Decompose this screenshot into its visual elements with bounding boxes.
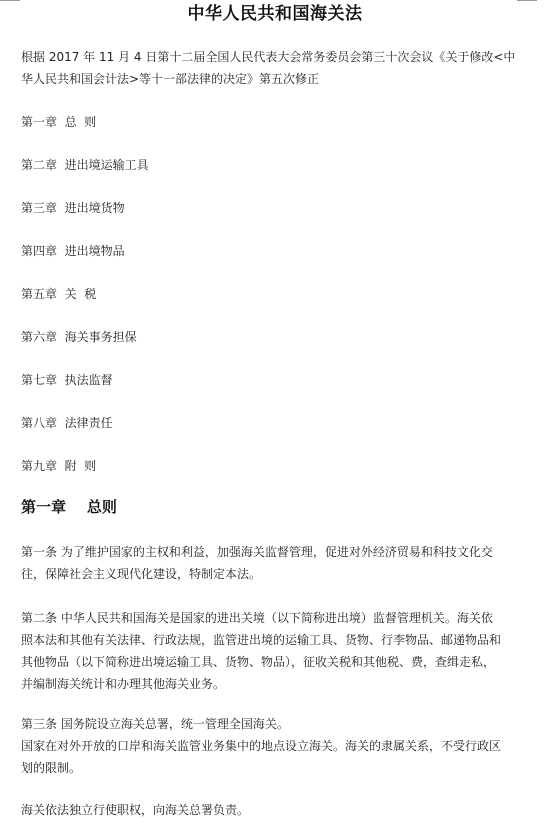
article-2-line-2: 照本法和其他有关法律、行政法规，监管进出境的运输工具、货物、行李物品、邮递物品和 xyxy=(21,629,501,651)
article-2-line-1: 第二条 中华人民共和国海关是国家的进出关境（以下简称进出境）监督管理机关。海关依 xyxy=(21,607,493,629)
article-3-para2-line-1: 海关依法独立行使职权，向海关总署负责。 xyxy=(21,799,249,821)
article-2-line-4: 并编制海关统计和办理其他海关业务。 xyxy=(21,673,225,695)
page-corner-mark-left xyxy=(0,0,20,1)
toc-item-chapter-1[interactable]: 第一章 总 则 xyxy=(21,112,96,132)
article-3-line-3: 划的限制。 xyxy=(21,757,81,779)
toc-item-chapter-4[interactable]: 第四章 进出境物品 xyxy=(21,241,125,261)
toc-item-chapter-9[interactable]: 第九章 附 则 xyxy=(21,456,96,476)
article-3-line-1: 第三条 国务院设立海关总署，统一管理全国海关。 xyxy=(21,713,289,735)
article-1-line-1: 第一条 为了维护国家的主权和利益，加强海关监督管理，促进对外经济贸易和科技文化交 xyxy=(21,541,493,563)
article-2-line-3: 其他物品（以下简称进出境运输工具、货物、物品），征收关税和其他税、费，查缉走私， xyxy=(21,651,495,673)
document-title: 中华人民共和国海关法 xyxy=(0,2,550,26)
toc-item-chapter-3[interactable]: 第三章 进出境货物 xyxy=(21,198,125,218)
article-3-line-2: 国家在对外开放的口岸和海关监管业务集中的地点设立海关。海关的隶属关系，不受行政区 xyxy=(21,735,501,757)
toc-item-chapter-5[interactable]: 第五章 关 税 xyxy=(21,284,96,304)
chapter-1-heading: 第一章 总则 xyxy=(21,496,117,518)
toc-item-chapter-8[interactable]: 第八章 法律责任 xyxy=(21,413,113,433)
toc-item-chapter-2[interactable]: 第二章 进出境运输工具 xyxy=(21,155,149,175)
toc-item-chapter-6[interactable]: 第六章 海关事务担保 xyxy=(21,327,137,347)
toc-item-chapter-7[interactable]: 第七章 执法监督 xyxy=(21,370,113,390)
intro-line-1: 根据 2017 年 11 月 4 日第十二届全国人民代表大会常务委员会第三十次会… xyxy=(21,46,515,68)
page-corner-mark-right xyxy=(517,0,537,1)
intro-line-2: 华人民共和国会计法>等十一部法律的决定》第五次修正 xyxy=(21,68,319,90)
article-1-line-2: 往，保障社会主义现代化建设，特制定本法。 xyxy=(21,563,261,585)
